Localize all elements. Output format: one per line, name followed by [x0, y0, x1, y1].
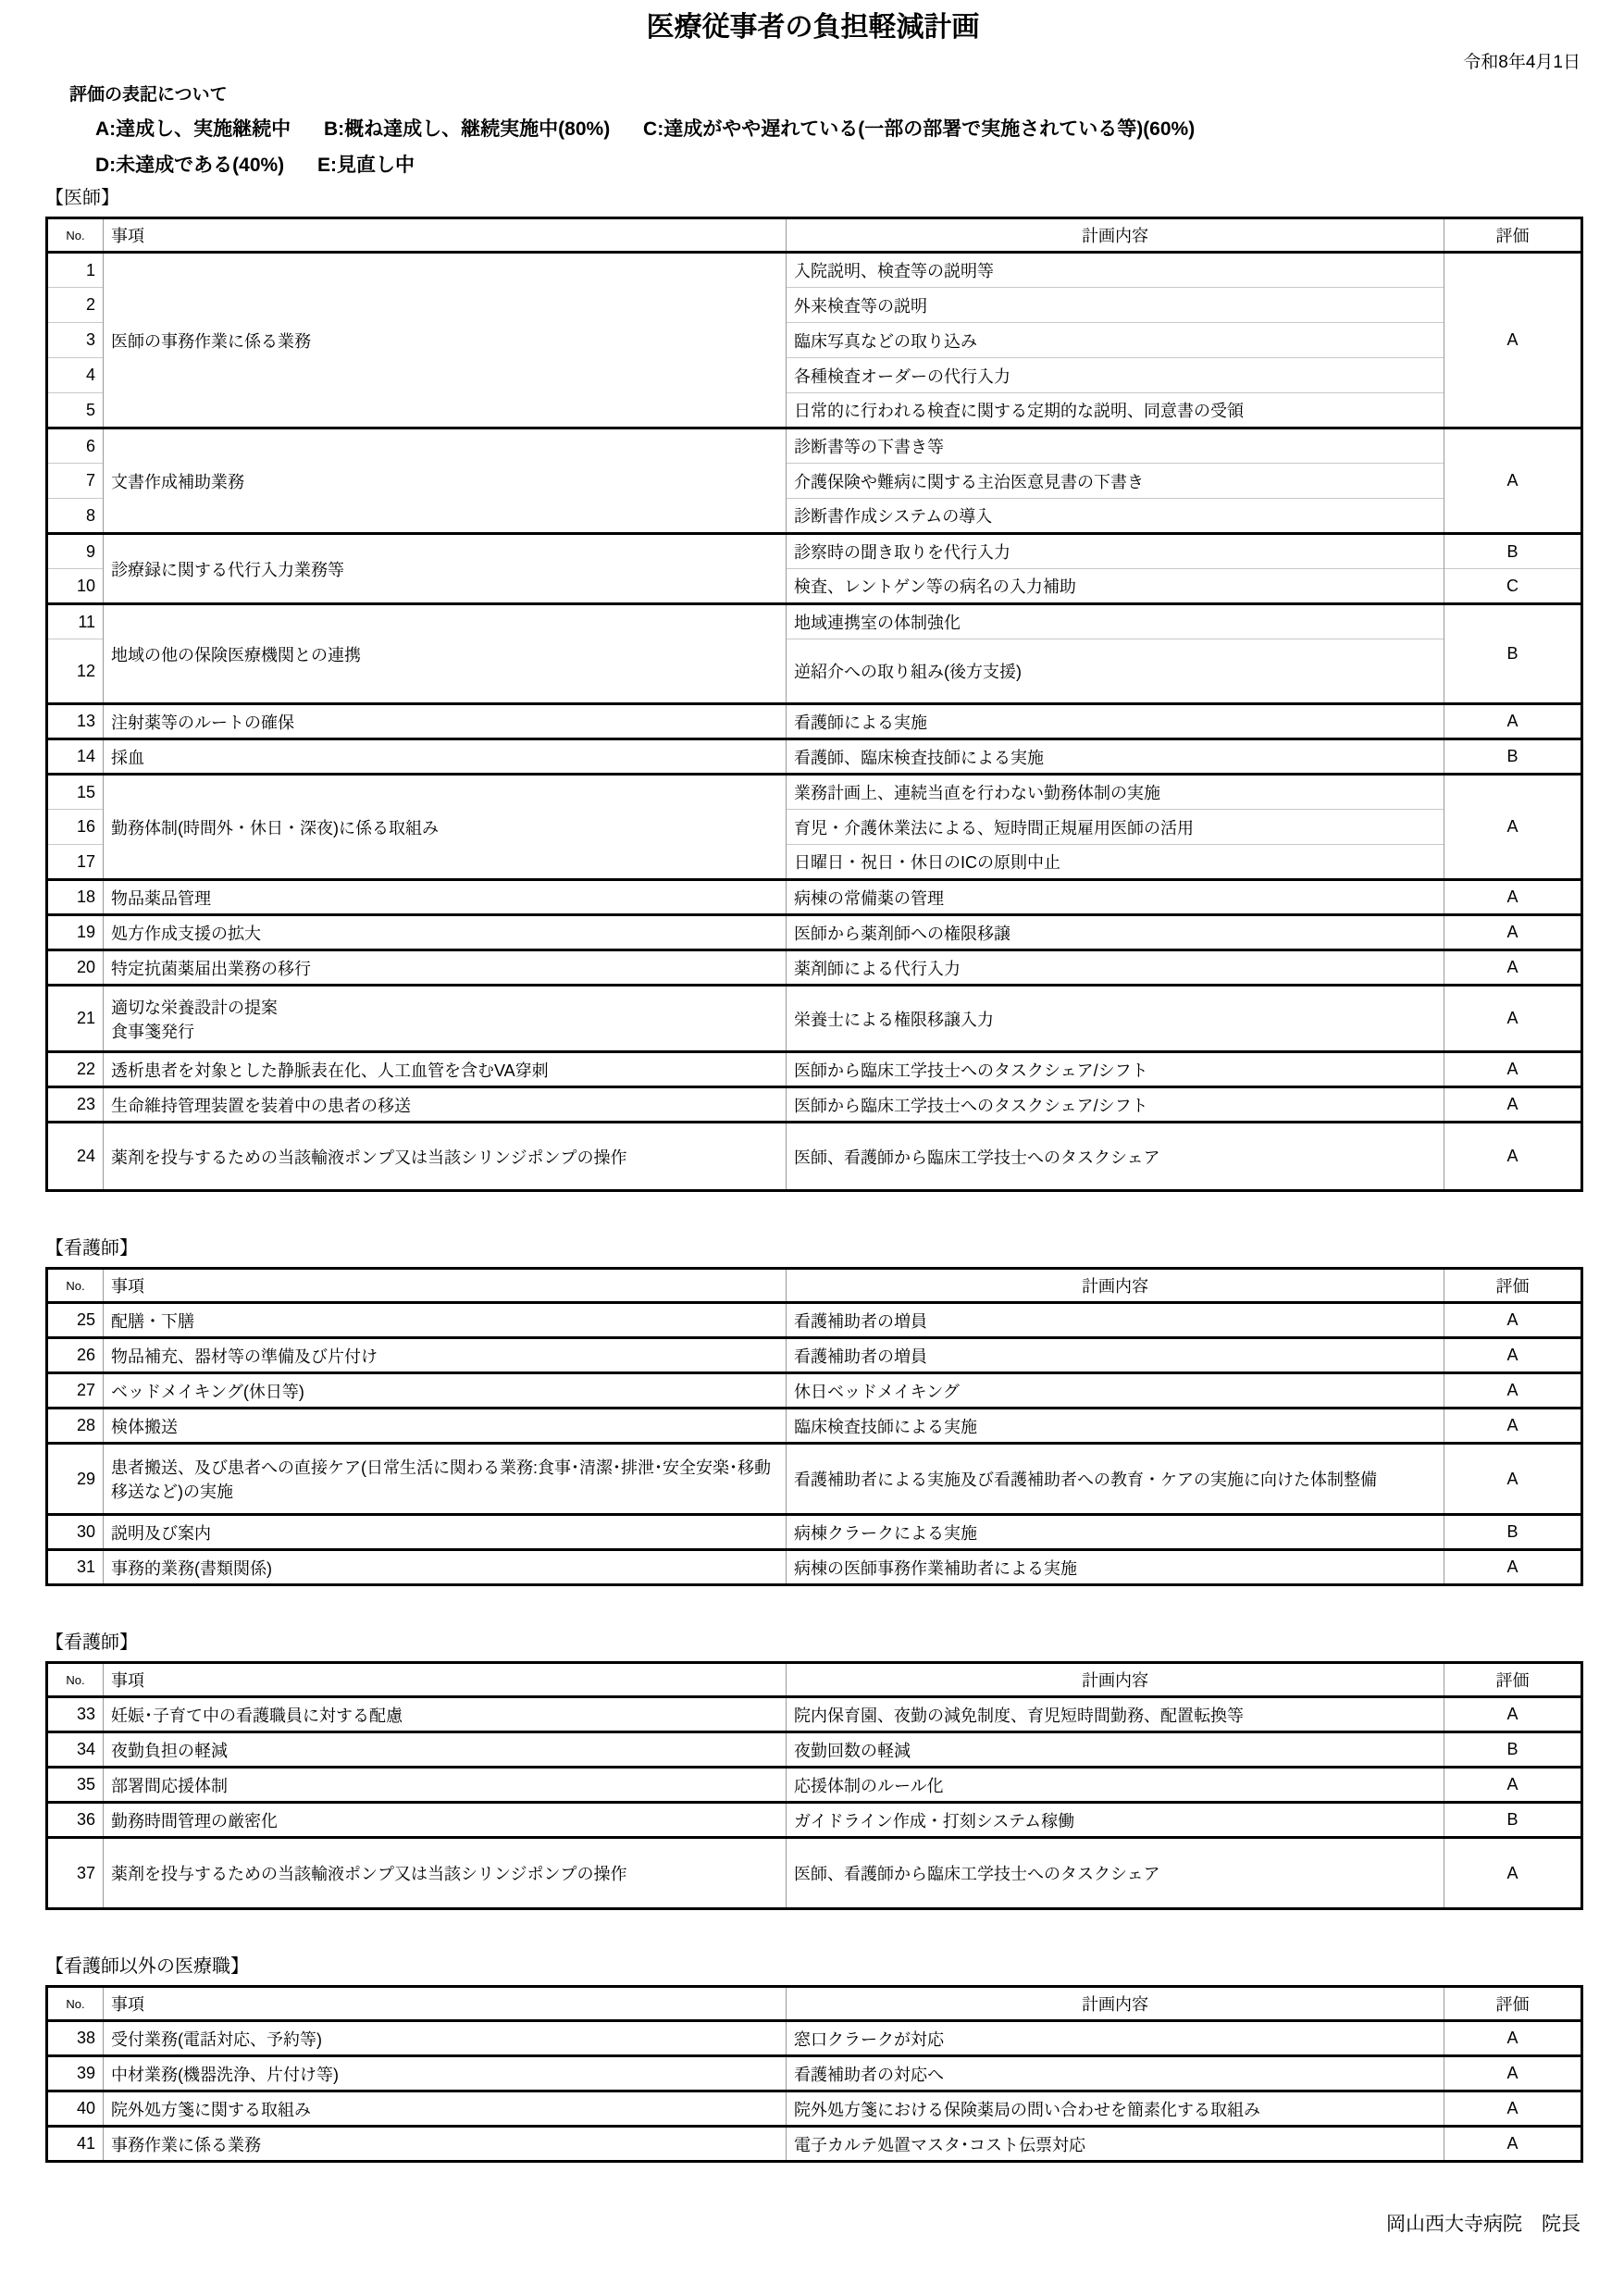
legend-item-a: A:達成し、実施継続中	[95, 117, 291, 143]
plan-cell: 介護保険や難病に関する主治医意見書の下書き	[787, 464, 1444, 499]
row-no-cell: 2	[47, 288, 104, 323]
eval-cell: C	[1444, 569, 1582, 604]
row-no-cell: 37	[47, 1838, 104, 1909]
plan-cell: 休日ベッドメイキング	[787, 1373, 1444, 1409]
section-label-nurse-2: 【看護師】	[45, 1630, 1581, 1656]
row-no-cell: 40	[47, 2091, 104, 2127]
table-row: 30 説明及び案内 病棟クラークによる実施 B	[47, 1515, 1582, 1550]
column-header-plan: 計画内容	[787, 218, 1444, 253]
legend-line-2: D:未達成である(40%) E:見直し中	[95, 153, 1581, 179]
table-row: 18 物品薬品管理 病棟の常備薬の管理 A	[47, 880, 1582, 915]
plan-cell: 看護補助者の増員	[787, 1338, 1444, 1373]
eval-cell: A	[1444, 775, 1582, 880]
row-no-cell: 41	[47, 2127, 104, 2162]
row-no-cell: 25	[47, 1303, 104, 1338]
eval-cell: B	[1444, 604, 1582, 704]
plan-cell: 院内保育園、夜勤の減免制度、育児短時間勤務、配置転換等	[787, 1697, 1444, 1732]
item-cell: 妊娠･子育て中の看護職員に対する配慮	[104, 1697, 787, 1732]
column-header-eval: 評価	[1444, 1269, 1582, 1303]
column-header-eval: 評価	[1444, 218, 1582, 253]
eval-cell: A	[1444, 1550, 1582, 1585]
plan-cell: 薬剤師による代行入力	[787, 950, 1444, 986]
legend-item-e: E:見直し中	[317, 153, 415, 179]
plan-cell: 業務計画上、連続当直を行わない勤務体制の実施	[787, 775, 1444, 810]
table-row: 39 中材業務(機器洗浄、片付け等) 看護補助者の対応へ A	[47, 2056, 1582, 2091]
section-label-other-medical: 【看護師以外の医療職】	[45, 1954, 1581, 1980]
item-cell: 透析患者を対象とした静脈表在化、人工血管を含むVA穿刺	[104, 1052, 787, 1087]
row-no-cell: 5	[47, 393, 104, 428]
plan-cell: ガイドライン作成・打刻システム稼働	[787, 1803, 1444, 1838]
section-label-nurse-1: 【看護師】	[45, 1235, 1581, 1261]
plan-cell: 夜勤回数の軽減	[787, 1732, 1444, 1768]
row-no-cell: 21	[47, 986, 104, 1052]
column-header-plan: 計画内容	[787, 1987, 1444, 2021]
row-no-cell: 20	[47, 950, 104, 986]
item-cell: 特定抗菌薬届出業務の移行	[104, 950, 787, 986]
item-cell: 事務的業務(書類関係)	[104, 1550, 787, 1585]
column-header-eval: 評価	[1444, 1987, 1582, 2021]
row-no-cell: 16	[47, 810, 104, 845]
legend-item-b: B:概ね達成し、継続実施中(80%)	[324, 117, 610, 143]
plan-table-doctor: No. 事項 計画内容 評価 1 医師の事務作業に係る業務 入院説明、検査等の説…	[45, 217, 1583, 1192]
table-row: 40 院外処方箋に関する取組み 院外処方箋における保険薬局の問い合わせを簡素化す…	[47, 2091, 1582, 2127]
plan-cell: 窓口クラークが対応	[787, 2021, 1444, 2056]
plan-table-nurse-2: No. 事項 計画内容 評価 33 妊娠･子育て中の看護職員に対する配慮 院内保…	[45, 1661, 1583, 1910]
eval-cell: B	[1444, 534, 1582, 569]
table-row: 22 透析患者を対象とした静脈表在化、人工血管を含むVA穿刺 医師から臨床工学技…	[47, 1052, 1582, 1087]
eval-cell: A	[1444, 704, 1582, 739]
table-row: 37 薬剤を投与するための当該輸液ポンプ又は当該シリンジポンプの操作 医師、看護…	[47, 1838, 1582, 1909]
legend-heading: 評価の表記について	[69, 84, 1581, 106]
document-date: 令和8年4月1日	[45, 51, 1581, 75]
row-no-cell: 15	[47, 775, 104, 810]
row-no-cell: 34	[47, 1732, 104, 1768]
item-cell: 受付業務(電話対応、予約等)	[104, 2021, 787, 2056]
plan-cell: 診断書等の下書き等	[787, 428, 1444, 464]
plan-cell: 看護師、臨床検査技師による実施	[787, 739, 1444, 775]
hospital-signature: 岡山西大寺病院 院長	[45, 2212, 1581, 2238]
eval-cell: A	[1444, 1303, 1582, 1338]
table-row: 28 検体搬送 臨床検査技師による実施 A	[47, 1409, 1582, 1444]
plan-cell: 病棟の医師事務作業補助者による実施	[787, 1550, 1444, 1585]
row-no-cell: 33	[47, 1697, 104, 1732]
plan-cell: 病棟クラークによる実施	[787, 1515, 1444, 1550]
row-no-cell: 29	[47, 1444, 104, 1515]
eval-cell: A	[1444, 253, 1582, 428]
item-cell: 注射薬等のルートの確保	[104, 704, 787, 739]
eval-cell: A	[1444, 986, 1582, 1052]
row-no-cell: 26	[47, 1338, 104, 1373]
legend-item-c: C:達成がやや遅れている(一部の部署で実施されている等)(60%)	[643, 117, 1195, 143]
table-row: 23 生命維持管理装置を装着中の患者の移送 医師から臨床工学技士へのタスクシェア…	[47, 1087, 1582, 1123]
row-no-cell: 10	[47, 569, 104, 604]
item-cell: 配膳・下膳	[104, 1303, 787, 1338]
plan-cell: 病棟の常備薬の管理	[787, 880, 1444, 915]
row-no-cell: 1	[47, 253, 104, 288]
item-cell: 部署間応援体制	[104, 1768, 787, 1803]
row-no-cell: 3	[47, 323, 104, 358]
row-no-cell: 7	[47, 464, 104, 499]
eval-cell: A	[1444, 1338, 1582, 1373]
item-cell: 中材業務(機器洗浄、片付け等)	[104, 2056, 787, 2091]
legend-line-1: A:達成し、実施継続中 B:概ね達成し、継続実施中(80%) C:達成がやや遅れ…	[95, 117, 1581, 143]
row-no-cell: 27	[47, 1373, 104, 1409]
row-no-cell: 18	[47, 880, 104, 915]
table-row: 9 診療録に関する代行入力業務等 診察時の聞き取りを代行入力 B	[47, 534, 1582, 569]
row-no-cell: 6	[47, 428, 104, 464]
row-no-cell: 39	[47, 2056, 104, 2091]
plan-cell: 栄養士による権限移譲入力	[787, 986, 1444, 1052]
table-row: 36 勤務時間管理の厳密化 ガイドライン作成・打刻システム稼働 B	[47, 1803, 1582, 1838]
row-no-cell: 31	[47, 1550, 104, 1585]
plan-table-nurse-1: No. 事項 計画内容 評価 25 配膳・下膳 看護補助者の増員 A 26 物品…	[45, 1267, 1583, 1586]
plan-cell: 院外処方箋における保険薬局の問い合わせを簡素化する取組み	[787, 2091, 1444, 2127]
table-row: 34 夜勤負担の軽減 夜勤回数の軽減 B	[47, 1732, 1582, 1768]
eval-cell: A	[1444, 2091, 1582, 2127]
document-page: 医療従事者の負担軽減計画 令和8年4月1日 評価の表記について A:達成し、実施…	[0, 0, 1624, 2296]
eval-cell: A	[1444, 1444, 1582, 1515]
plan-cell: 医師から臨床工学技士へのタスクシェア/シフト	[787, 1087, 1444, 1123]
table-row: 35 部署間応援体制 応援体制のルール化 A	[47, 1768, 1582, 1803]
table-row: 38 受付業務(電話対応、予約等) 窓口クラークが対応 A	[47, 2021, 1582, 2056]
table-row: 25 配膳・下膳 看護補助者の増員 A	[47, 1303, 1582, 1338]
section-label-doctor: 【医師】	[45, 185, 1581, 211]
column-header-item: 事項	[104, 1663, 787, 1697]
row-no-cell: 8	[47, 499, 104, 534]
item-cell: 患者搬送、及び患者への直接ケア(日常生活に関わる業務:食事･清潔･排泄･安全安楽…	[104, 1444, 787, 1515]
column-header-eval: 評価	[1444, 1663, 1582, 1697]
item-cell: 薬剤を投与するための当該輸液ポンプ又は当該シリンジポンプの操作	[104, 1123, 787, 1191]
table-row: 33 妊娠･子育て中の看護職員に対する配慮 院内保育園、夜勤の減免制度、育児短時…	[47, 1697, 1582, 1732]
plan-cell: 外来検査等の説明	[787, 288, 1444, 323]
column-header-no: No.	[47, 218, 104, 253]
plan-cell: 日曜日・祝日・休日のICの原則中止	[787, 845, 1444, 880]
table-row: 21 適切な栄養設計の提案 食事箋発行 栄養士による権限移譲入力 A	[47, 986, 1582, 1052]
eval-cell: A	[1444, 915, 1582, 950]
plan-cell: 地域連携室の体制強化	[787, 604, 1444, 639]
item-cell: 適切な栄養設計の提案 食事箋発行	[104, 986, 787, 1052]
row-no-cell: 12	[47, 639, 104, 704]
item-cell: 文書作成補助業務	[104, 428, 787, 534]
eval-cell: A	[1444, 1052, 1582, 1087]
plan-cell: 医師、看護師から臨床工学技士へのタスクシェア	[787, 1838, 1444, 1909]
table-row: 20 特定抗菌薬届出業務の移行 薬剤師による代行入力 A	[47, 950, 1582, 986]
item-cell: ベッドメイキング(休日等)	[104, 1373, 787, 1409]
table-row: 41 事務作業に係る業務 電子カルテ処置マスタ･コスト伝票対応 A	[47, 2127, 1582, 2162]
item-cell: 地域の他の保険医療機関との連携	[104, 604, 787, 704]
column-header-plan: 計画内容	[787, 1663, 1444, 1697]
eval-cell: A	[1444, 2021, 1582, 2056]
plan-cell: 臨床写真などの取り込み	[787, 323, 1444, 358]
column-header-item: 事項	[104, 1269, 787, 1303]
item-cell: 診療録に関する代行入力業務等	[104, 534, 787, 604]
eval-cell: A	[1444, 880, 1582, 915]
row-no-cell: 14	[47, 739, 104, 775]
column-header-no: No.	[47, 1663, 104, 1697]
item-cell: 検体搬送	[104, 1409, 787, 1444]
plan-cell: 応援体制のルール化	[787, 1768, 1444, 1803]
item-cell: 説明及び案内	[104, 1515, 787, 1550]
table-row: 29 患者搬送、及び患者への直接ケア(日常生活に関わる業務:食事･清潔･排泄･安…	[47, 1444, 1582, 1515]
item-cell: 処方作成支援の拡大	[104, 915, 787, 950]
item-cell: 物品薬品管理	[104, 880, 787, 915]
eval-cell: A	[1444, 2127, 1582, 2162]
table-row: 19 処方作成支援の拡大 医師から薬剤師への権限移譲 A	[47, 915, 1582, 950]
row-no-cell: 11	[47, 604, 104, 639]
eval-cell: A	[1444, 1768, 1582, 1803]
plan-cell: 看護補助者の増員	[787, 1303, 1444, 1338]
plan-cell: 医師から臨床工学技士へのタスクシェア/シフト	[787, 1052, 1444, 1087]
row-no-cell: 28	[47, 1409, 104, 1444]
plan-cell: 電子カルテ処置マスタ･コスト伝票対応	[787, 2127, 1444, 2162]
row-no-cell: 35	[47, 1768, 104, 1803]
item-cell: 生命維持管理装置を装着中の患者の移送	[104, 1087, 787, 1123]
row-no-cell: 9	[47, 534, 104, 569]
item-cell: 物品補充、器材等の準備及び片付け	[104, 1338, 787, 1373]
plan-cell: 逆紹介への取り組み(後方支援)	[787, 639, 1444, 704]
plan-cell: 各種検査オーダーの代行入力	[787, 358, 1444, 393]
table-header-row: No. 事項 計画内容 評価	[47, 1663, 1582, 1697]
column-header-item: 事項	[104, 218, 787, 253]
eval-cell: A	[1444, 1838, 1582, 1909]
table-header-row: No. 事項 計画内容 評価	[47, 1269, 1582, 1303]
eval-cell: B	[1444, 1515, 1582, 1550]
item-cell: 勤務時間管理の厳密化	[104, 1803, 787, 1838]
eval-cell: A	[1444, 1697, 1582, 1732]
plan-cell: 育児・介護休業法による、短時間正規雇用医師の活用	[787, 810, 1444, 845]
table-row: 1 医師の事務作業に係る業務 入院説明、検査等の説明等 A	[47, 253, 1582, 288]
row-no-cell: 19	[47, 915, 104, 950]
legend-item-d: D:未達成である(40%)	[95, 153, 284, 179]
plan-cell: 医師、看護師から臨床工学技士へのタスクシェア	[787, 1123, 1444, 1191]
eval-cell: B	[1444, 1803, 1582, 1838]
page-title: 医療従事者の負担軽減計画	[45, 11, 1581, 44]
eval-cell: B	[1444, 739, 1582, 775]
plan-cell: 診察時の聞き取りを代行入力	[787, 534, 1444, 569]
plan-cell: 看護師による実施	[787, 704, 1444, 739]
row-no-cell: 4	[47, 358, 104, 393]
row-no-cell: 23	[47, 1087, 104, 1123]
eval-cell: A	[1444, 428, 1582, 534]
table-row: 26 物品補充、器材等の準備及び片付け 看護補助者の増員 A	[47, 1338, 1582, 1373]
eval-cell: A	[1444, 1087, 1582, 1123]
plan-cell: 診断書作成システムの導入	[787, 499, 1444, 534]
item-cell: 医師の事務作業に係る業務	[104, 253, 787, 428]
table-row: 13 注射薬等のルートの確保 看護師による実施 A	[47, 704, 1582, 739]
column-header-no: No.	[47, 1987, 104, 2021]
plan-table-other-medical: No. 事項 計画内容 評価 38 受付業務(電話対応、予約等) 窓口クラークが…	[45, 1985, 1583, 2163]
plan-cell: 看護補助者による実施及び看護補助者への教育・ケアの実施に向けた体制整備	[787, 1444, 1444, 1515]
eval-cell: A	[1444, 1373, 1582, 1409]
column-header-item: 事項	[104, 1987, 787, 2021]
item-cell: 薬剤を投与するための当該輸液ポンプ又は当該シリンジポンプの操作	[104, 1838, 787, 1909]
row-no-cell: 13	[47, 704, 104, 739]
table-row: 6 文書作成補助業務 診断書等の下書き等 A	[47, 428, 1582, 464]
row-no-cell: 30	[47, 1515, 104, 1550]
plan-cell: 検査、レントゲン等の病名の入力補助	[787, 569, 1444, 604]
plan-cell: 臨床検査技師による実施	[787, 1409, 1444, 1444]
plan-cell: 医師から薬剤師への権限移譲	[787, 915, 1444, 950]
eval-cell: A	[1444, 1409, 1582, 1444]
item-cell: 勤務体制(時間外・休日・深夜)に係る取組み	[104, 775, 787, 880]
row-no-cell: 24	[47, 1123, 104, 1191]
table-row: 27 ベッドメイキング(休日等) 休日ベッドメイキング A	[47, 1373, 1582, 1409]
plan-cell: 入院説明、検査等の説明等	[787, 253, 1444, 288]
eval-cell: A	[1444, 2056, 1582, 2091]
column-header-no: No.	[47, 1269, 104, 1303]
table-header-row: No. 事項 計画内容 評価	[47, 218, 1582, 253]
eval-cell: A	[1444, 1123, 1582, 1191]
table-row: 24 薬剤を投与するための当該輸液ポンプ又は当該シリンジポンプの操作 医師、看護…	[47, 1123, 1582, 1191]
row-no-cell: 38	[47, 2021, 104, 2056]
table-row: 15 勤務体制(時間外・休日・深夜)に係る取組み 業務計画上、連続当直を行わない…	[47, 775, 1582, 810]
row-no-cell: 22	[47, 1052, 104, 1087]
plan-cell: 日常的に行われる検査に関する定期的な説明、同意書の受領	[787, 393, 1444, 428]
item-cell: 夜勤負担の軽減	[104, 1732, 787, 1768]
eval-cell: A	[1444, 950, 1582, 986]
item-cell: 採血	[104, 739, 787, 775]
table-header-row: No. 事項 計画内容 評価	[47, 1987, 1582, 2021]
row-no-cell: 36	[47, 1803, 104, 1838]
column-header-plan: 計画内容	[787, 1269, 1444, 1303]
eval-cell: B	[1444, 1732, 1582, 1768]
table-row: 11 地域の他の保険医療機関との連携 地域連携室の体制強化 B	[47, 604, 1582, 639]
row-no-cell: 17	[47, 845, 104, 880]
plan-cell: 看護補助者の対応へ	[787, 2056, 1444, 2091]
item-cell: 事務作業に係る業務	[104, 2127, 787, 2162]
table-row: 14 採血 看護師、臨床検査技師による実施 B	[47, 739, 1582, 775]
item-cell: 院外処方箋に関する取組み	[104, 2091, 787, 2127]
table-row: 31 事務的業務(書類関係) 病棟の医師事務作業補助者による実施 A	[47, 1550, 1582, 1585]
